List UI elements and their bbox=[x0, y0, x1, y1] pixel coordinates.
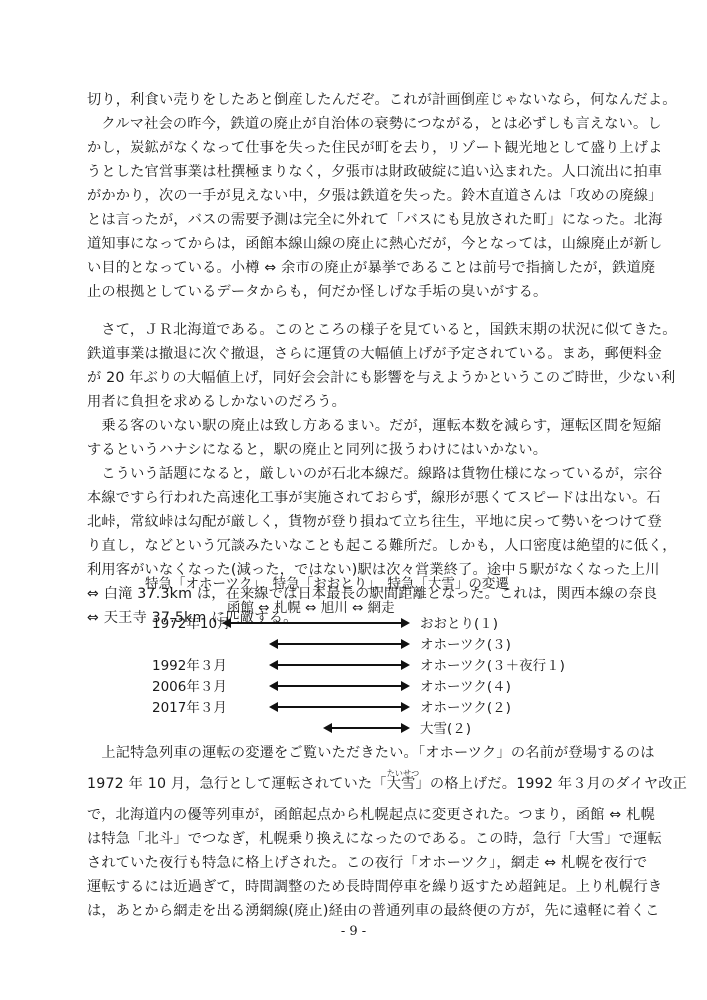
row-date: 2006年３月 bbox=[152, 675, 227, 695]
text-line: 乗る客のいない駅の廃止は致し方あるまい。だが，運転本数を減らす，運転区間を短縮 bbox=[87, 414, 627, 438]
text-line: い目的となっている。小樽 ⇔ 余市の廃止が暴挙であることは前号で指摘したが，鉄道… bbox=[87, 256, 627, 280]
text-line: こういう話題になると，厳しいのが石北本線だ。線路は貨物仕様になっているが，宗谷 bbox=[87, 462, 627, 486]
diagram-title: 特急「オホーツク」，特急「おおとり」，特急「大雪」の変遷 bbox=[145, 572, 509, 592]
row-train: オホーツク(３) bbox=[420, 633, 511, 653]
text-line: 上記特急列車の運転の変遷をご覧いただきたい。「オホーツク」の名前が登場するのは bbox=[87, 741, 627, 765]
text-line: 道知事になってからは，函館本線山線の廃止に熱心だが，今となっては，山線廃止が新し bbox=[87, 232, 627, 256]
text-line: するというハナシになると，駅の廃止と同列に扱うわけにはいかない。 bbox=[87, 438, 627, 462]
text-line: 用者に負担を求めるしかないのだろう。 bbox=[87, 390, 627, 414]
row-train: オホーツク(３＋夜行１) bbox=[420, 654, 565, 674]
ruby-annotation: たいせつ大雪 bbox=[387, 772, 416, 796]
text-line: 切り，利食い売りをしたあと倒産したんだぞ。これが計画倒産じゃないなら，何なんだよ… bbox=[87, 88, 627, 112]
row-train: オホーツク(４) bbox=[420, 675, 511, 695]
row-date: 2017年３月 bbox=[152, 696, 227, 716]
double-arrow-icon bbox=[325, 727, 408, 729]
row-date: 1992年３月 bbox=[152, 654, 227, 674]
double-arrow-icon bbox=[271, 706, 408, 708]
text-segment: 1972 年 10 月，急行として運転されていた「 bbox=[87, 776, 387, 792]
double-arrow-icon bbox=[271, 643, 408, 645]
text-line: うとした官営事業は杜撰極まりなく，夕張市は財政破綻に追い込まれた。人口流出に拍車 bbox=[87, 160, 627, 184]
text-line: は，あとから網走を出る湧網線(廃止)経由の普通列車の最終便の方が，先に遠軽に着く… bbox=[87, 899, 627, 923]
text-line: さて，ＪＲ北海道である。このところの様子を見ていると，国鉄末期の状況に似てきた。 bbox=[87, 318, 627, 342]
text-line: で，北海道内の優等列車が，函館起点から札幌起点に変更された。つまり，函館 ⇔ 札… bbox=[87, 803, 627, 827]
text-line: されていた夜行も特急に格上げされた。この夜行「オホーツク」，網走 ⇔ 札幌を夜行… bbox=[87, 851, 627, 875]
page-number: - 9 - bbox=[0, 924, 707, 939]
text-line: 北峠，常紋峠は勾配が厳しく，貨物が登り損ねて立ち往生，平地に戻って勢いをつけて登 bbox=[87, 510, 627, 534]
text-line-with-ruby: 1972 年 10 月，急行として運転されていた「たいせつ大雪」の格上げだ。19… bbox=[87, 772, 627, 796]
row-train: 大雪(２) bbox=[420, 717, 471, 737]
ruby-reading: たいせつ bbox=[387, 762, 416, 786]
text-line: とは言ったが，バスの需要予測は完全に外れて「バスにも見放された町」になった。北海 bbox=[87, 208, 627, 232]
text-line: 止の根拠としているデータからも，何だか怪しげな手垢の臭いがする。 bbox=[87, 280, 627, 304]
row-date: 1972年10月 bbox=[152, 612, 231, 632]
row-train: オホーツク(２) bbox=[420, 696, 511, 716]
double-arrow-icon bbox=[271, 685, 408, 687]
text-line: は特急「北斗」でつなぎ，札幌乗り換えになったのである。この時，急行「大雪」で運転 bbox=[87, 827, 627, 851]
text-segment: 」の格上げだ。1992 年３月のダイヤ改正 bbox=[415, 776, 687, 792]
row-train: おおとり(１) bbox=[420, 612, 498, 632]
text-line: クルマ社会の昨今，鉄道の廃止が自治体の衰勢につながる，とは必ずしも言えない。し bbox=[87, 112, 627, 136]
text-line: が 20 年ぶりの大幅値上げ，同好会会計にも影響を与えようかというこのご時世，少… bbox=[87, 366, 627, 390]
text-line: 運転するには近過ぎて，時間調整のため長時間停車を繰り返すため超鈍足。上り札幌行き bbox=[87, 875, 627, 899]
double-arrow-icon bbox=[271, 664, 408, 666]
text-line: 本線ですら行われた高速化工事が実施されておらず，線形が悪くてスピードは出ない。石 bbox=[87, 486, 627, 510]
text-line: り直し，などという冗談みたいなことも起こる難所だ。しかも，人口密度は絶望的に低く… bbox=[87, 534, 627, 558]
text-line: 鉄道事業は撤退に次ぐ撤退，さらに運賃の大幅値上げが予定されている。まあ，郵便料金 bbox=[87, 342, 627, 366]
text-line: かし，炭鉱がなくなって仕事を失った住民が町を去り，リゾート観光地として盛り上げよ bbox=[87, 136, 627, 160]
diagram-route-header: 函館 ⇔ 札幌 ⇔ 旭川 ⇔ 網走 bbox=[227, 596, 395, 616]
double-arrow-icon bbox=[224, 622, 408, 624]
text-line: がかかり，次の一手が見えない中，夕張は鉄道を失った。鈴木直道さんは「攻めの廃線」 bbox=[87, 184, 627, 208]
